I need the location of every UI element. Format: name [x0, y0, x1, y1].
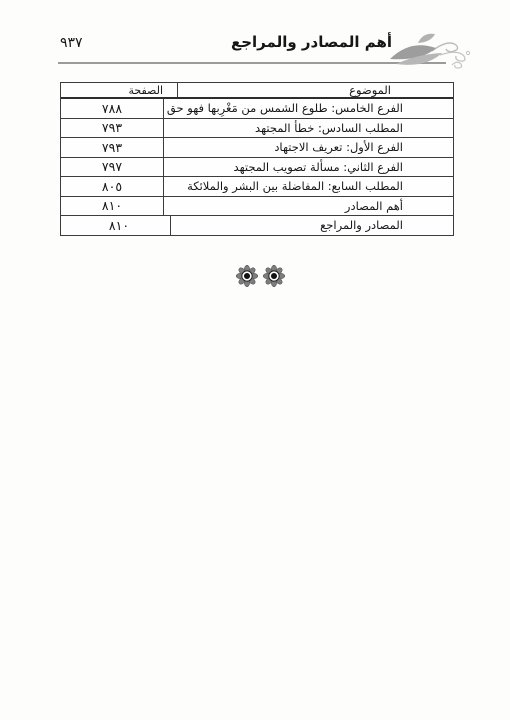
toc-page-cell: ٧٨٨ — [61, 99, 164, 118]
toc-subject-cell: المطلب السابع: المفاضلة بين البشر والملا… — [164, 177, 453, 196]
section-end-ornaments — [236, 265, 285, 287]
toc-row: ٧٨٨ الفرع الخامس: طلوع الشمس من مَغْرِبه… — [61, 99, 453, 118]
toc-row: ٨١٠ أهم المصادر — [61, 196, 453, 216]
page-number: ٩٣٧ — [60, 35, 83, 51]
rosette-icon — [263, 265, 285, 287]
toc-page-cell: ٧٩٣ — [61, 119, 164, 138]
toc-subject-cell: الفرع الثاني: مسألة تصويب المجتهد — [164, 158, 453, 177]
toc-header-row: الصفحة الموضوع — [61, 83, 453, 99]
toc-subject-cell: أهم المصادر — [164, 197, 453, 216]
toc-row: ٧٩٧ الفرع الثاني: مسألة تصويب المجتهد — [61, 157, 453, 177]
toc-table: الصفحة الموضوع ٧٨٨ الفرع الخامس: طلوع ال… — [60, 82, 454, 236]
toc-subject-cell: المصادر والمراجع — [164, 216, 453, 235]
toc-subject-cell: الفرع الأول: تعريف الاجتهاد — [164, 138, 453, 157]
toc-header-page: الصفحة — [61, 83, 178, 97]
toc-page-cell: ٨٠٥ — [61, 177, 164, 196]
book-page: { "page_header": { "page_number": "٩٣٧",… — [0, 0, 510, 720]
toc-subject-cell: المطلب السادس: خطأ المجتهد — [164, 119, 453, 138]
toc-page-cell: ٧٩٧ — [61, 158, 164, 177]
toc-row: ٨١٠ المصادر والمراجع — [61, 215, 453, 235]
toc-page-cell: ٨١٠ — [61, 197, 164, 216]
toc-page-cell: ٧٩٣ — [61, 138, 164, 157]
toc-subject-cell: الفرع الخامس: طلوع الشمس من مَغْرِبها فه… — [164, 99, 453, 118]
toc-page-cell: ٨١٠ — [68, 216, 171, 235]
page-title: أهم المصادر والمراجع — [231, 33, 392, 51]
toc-header-subject: الموضوع — [178, 83, 453, 97]
toc-row: ٨٠٥ المطلب السابع: المفاضلة بين البشر وا… — [61, 176, 453, 196]
bird-flourish-icon — [388, 25, 476, 73]
toc-row: ٧٩٣ الفرع الأول: تعريف الاجتهاد — [61, 137, 453, 157]
rosette-icon — [236, 265, 258, 287]
toc-row: ٧٩٣ المطلب السادس: خطأ المجتهد — [61, 118, 453, 138]
